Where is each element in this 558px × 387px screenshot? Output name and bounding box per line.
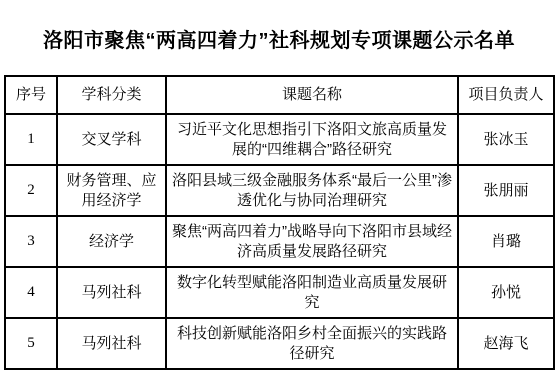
cell-leader: 肖璐	[458, 216, 554, 267]
table-row: 4 马列社科 数字化转型赋能洛阳制造业高质量发展研究 孙悦	[5, 267, 554, 318]
cell-category: 马列社科	[57, 318, 166, 369]
col-header-serial: 序号	[5, 76, 57, 114]
cell-category: 经济学	[57, 216, 166, 267]
cell-serial: 1	[5, 114, 57, 165]
col-header-category: 学科分类	[57, 76, 166, 114]
cell-serial: 4	[5, 267, 57, 318]
table-row: 5 马列社科 科技创新赋能洛阳乡村全面振兴的实践路径研究 赵海飞	[5, 318, 554, 369]
cell-leader: 赵海飞	[458, 318, 554, 369]
col-header-topic: 课题名称	[166, 76, 458, 114]
table-row: 3 经济学 聚焦“两高四着力”战略导向下洛阳市县域经济高质量发展路径研究 肖璐	[5, 216, 554, 267]
cell-leader: 孙悦	[458, 267, 554, 318]
cell-category: 马列社科	[57, 267, 166, 318]
cell-leader: 张冰玉	[458, 114, 554, 165]
topics-table: 序号 学科分类 课题名称 项目负责人 1 交叉学科 习近平文化思想指引下洛阳文旅…	[4, 75, 555, 370]
col-header-leader: 项目负责人	[458, 76, 554, 114]
cell-topic: 习近平文化思想指引下洛阳文旅高质量发展的“四维耦合”路径研究	[166, 114, 458, 165]
cell-serial: 2	[5, 165, 57, 216]
page-title: 洛阳市聚焦“两高四着力”社科规划专项课题公示名单	[0, 0, 558, 54]
cell-category: 交叉学科	[57, 114, 166, 165]
cell-category: 财务管理、应用经济学	[57, 165, 166, 216]
table-row: 1 交叉学科 习近平文化思想指引下洛阳文旅高质量发展的“四维耦合”路径研究 张冰…	[5, 114, 554, 165]
cell-serial: 5	[5, 318, 57, 369]
cell-serial: 3	[5, 216, 57, 267]
cell-topic: 数字化转型赋能洛阳制造业高质量发展研究	[166, 267, 458, 318]
cell-leader: 张朋丽	[458, 165, 554, 216]
cell-topic: 科技创新赋能洛阳乡村全面振兴的实践路径研究	[166, 318, 458, 369]
header-row: 序号 学科分类 课题名称 项目负责人	[5, 76, 554, 114]
cell-topic: 洛阳县域三级金融服务体系“最后一公里”渗透优化与协同治理研究	[166, 165, 458, 216]
document-page: 洛阳市聚焦“两高四着力”社科规划专项课题公示名单 序号 学科分类 课题名称 项目…	[0, 0, 558, 387]
cell-topic: 聚焦“两高四着力”战略导向下洛阳市县域经济高质量发展路径研究	[166, 216, 458, 267]
table-row: 2 财务管理、应用经济学 洛阳县域三级金融服务体系“最后一公里”渗透优化与协同治…	[5, 165, 554, 216]
